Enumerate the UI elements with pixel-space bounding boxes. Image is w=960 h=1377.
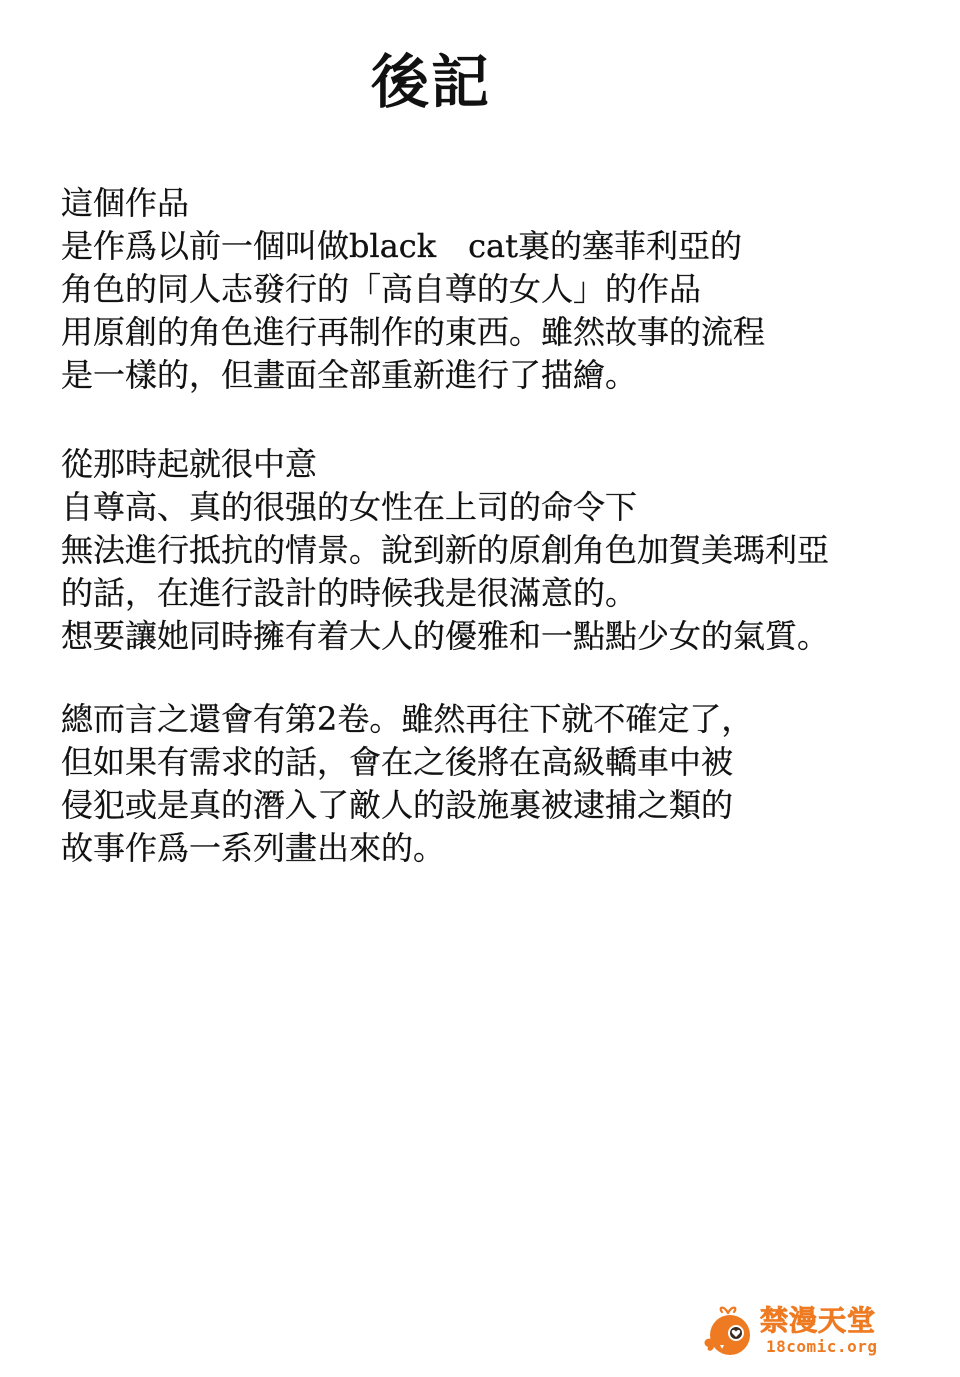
text-line: 總而言之還會有第2卷。雖然再往下就不確定了，	[61, 698, 753, 741]
page-title: 後記	[0, 46, 862, 118]
text-line: 從那時起就很中意	[61, 443, 829, 486]
brand-name: 禁漫天堂	[760, 1304, 877, 1338]
watermark-logo: 禁漫天堂 18comic.org	[698, 1290, 928, 1370]
text-line: 角色的同人志發行的「高自尊的女人」的作品	[61, 268, 765, 311]
paragraph-3: 總而言之還會有第2卷。雖然再往下就不確定了， 但如果有需求的話，會在之後將在高級…	[61, 698, 753, 870]
text-line: 這個作品	[61, 182, 765, 225]
text-line: 用原創的角色進行再制作的東西。雖然故事的流程	[61, 311, 765, 354]
brand-url: 18comic.org	[766, 1338, 877, 1356]
text-line: 侵犯或是真的潛入了敵人的設施裏被逮捕之類的	[61, 784, 753, 827]
text-line: 無法進行抵抗的情景。說到新的原創角色加賀美瑪利亞	[61, 529, 829, 572]
text-line: 想要讓她同時擁有着大人的優雅和一點點少女的氣質。	[61, 615, 829, 658]
text-line: 是作爲以前一個叫做black cat裏的塞菲利亞的	[61, 225, 765, 268]
text-line: 的話，在進行設計的時候我是很滿意的。	[61, 572, 829, 615]
brand: 禁漫天堂 18comic.org	[760, 1304, 877, 1356]
whale-mascot-icon	[698, 1301, 756, 1359]
text-line: 但如果有需求的話，會在之後將在高級轎車中被	[61, 741, 753, 784]
paragraph-2: 從那時起就很中意 自尊高、真的很强的女性在上司的命令下 無法進行抵抗的情景。說到…	[61, 443, 829, 658]
text-line: 自尊高、真的很强的女性在上司的命令下	[61, 486, 829, 529]
paragraph-1: 這個作品 是作爲以前一個叫做black cat裏的塞菲利亞的 角色的同人志發行的…	[61, 182, 765, 397]
text-line: 是一樣的，但畫面全部重新進行了描繪。	[61, 354, 765, 397]
text-line: 故事作爲一系列畫出來的。	[61, 827, 753, 870]
